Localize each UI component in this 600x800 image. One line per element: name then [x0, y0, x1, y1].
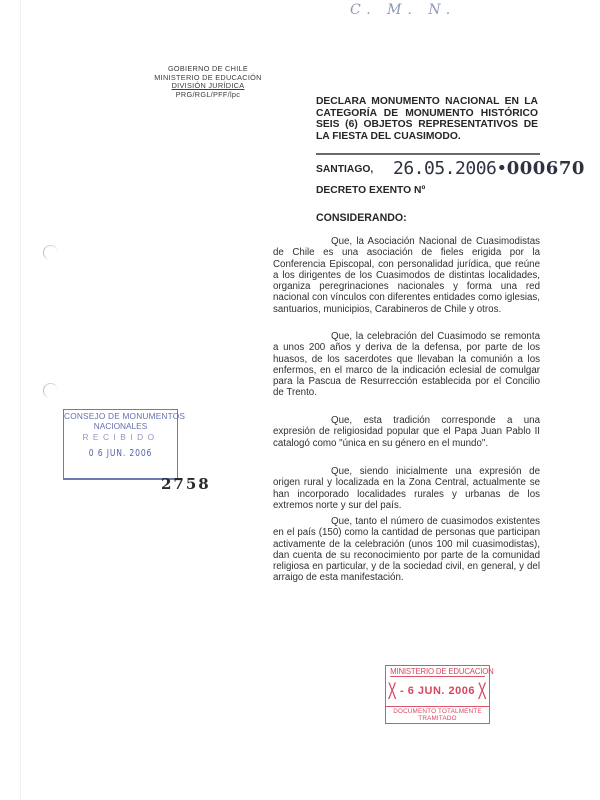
paragraph: Que, esta tradición corresponde a una ex…	[273, 415, 540, 449]
title-divider	[316, 153, 540, 155]
page-edge	[20, 0, 21, 800]
x-mark-icon: X	[478, 677, 487, 706]
decreto-exento-label: DECRETO EXENTO Nº	[316, 185, 425, 196]
registry-number-stamp: 2758	[161, 475, 211, 493]
stamp-cmn-date: 0 6 JUN. 2006	[72, 449, 168, 459]
decree-number: 000670	[507, 158, 585, 179]
stamp-separator: •	[496, 158, 506, 179]
stamp-mineduc-date: - 6 JUN. 2006	[400, 685, 475, 697]
date-number-stamp: 26.05.2006•000670	[393, 158, 585, 179]
handwritten-note: C. M. N.	[350, 2, 456, 18]
paragraph: Que, tanto el número de cuasimodos exist…	[273, 516, 540, 584]
santiago-label: SANTIAGO,	[316, 164, 373, 175]
stamp-cmn-received: RECIBIDO	[64, 433, 177, 443]
processed-stamp-mineduc: MINISTERIO DE EDUCACION X - 6 JUN. 2006 …	[385, 665, 490, 724]
stamp-cmn-line2: NACIONALES	[64, 422, 177, 432]
punch-hole	[43, 245, 58, 260]
paragraph: Que, la celebración del Cuasimodo se rem…	[273, 331, 540, 399]
punch-hole	[43, 383, 58, 398]
stamp-mineduc-header: MINISTERIO DE EDUCACION	[390, 666, 485, 677]
letterhead-reference: PRG/RGL/PFF/lpc	[128, 91, 288, 100]
x-mark-icon: X	[388, 677, 397, 706]
received-stamp-cmn: CONSEJO DE MONUMENTOS NACIONALES RECIBID…	[63, 409, 178, 480]
paragraph: Que, la Asociación Nacional de Cuasimodi…	[273, 236, 540, 315]
letterhead: GOBIERNO DE CHILE MINISTERIO DE EDUCACIÓ…	[128, 65, 288, 99]
stamp-date: 26.05.2006	[393, 158, 496, 179]
considerando-heading: CONSIDERANDO:	[316, 212, 407, 224]
stamp-mineduc-footer: DOCUMENTO TOTALMENTE TRAMITADO	[386, 706, 489, 722]
paragraph: Que, siendo inicialmente una expresión d…	[273, 466, 540, 511]
decree-title: DECLARA MONUMENTO NACIONAL EN LA CATEGOR…	[316, 96, 538, 142]
stamp-mineduc-body: X - 6 JUN. 2006 X	[386, 677, 489, 706]
